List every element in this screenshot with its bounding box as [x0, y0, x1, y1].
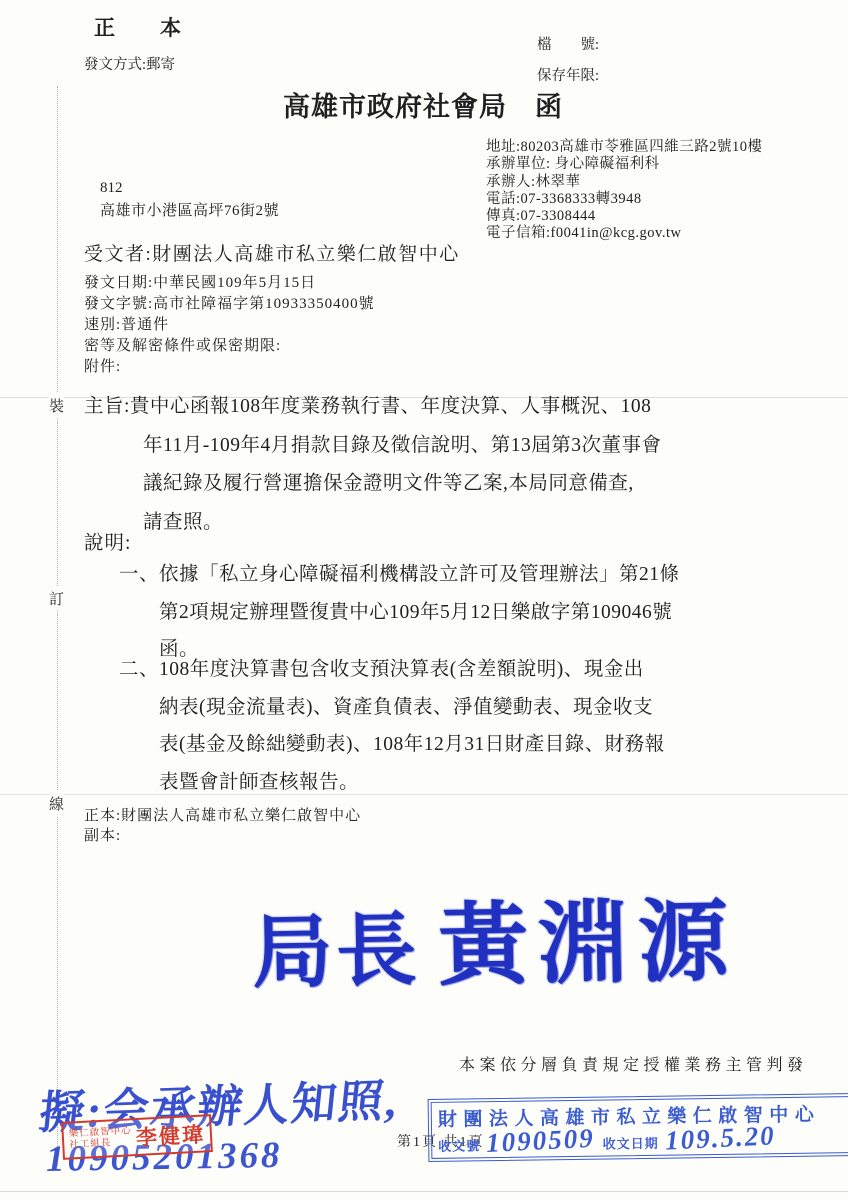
recipient-zip: 812 [100, 180, 123, 197]
subject-block: 主旨:貴中心函報108年度業務執行書、年度決算、人事概況、108 年11月-10… [84, 388, 784, 542]
agency-email: 電子信箱:f0041in@kcg.gov.tw [486, 225, 763, 242]
document-number: 發文字號:高市社障福字第10933350400號 [84, 294, 375, 315]
explanation-label: 說明: [84, 527, 131, 555]
original-copy-line: 正本:財團法人高雄市私立樂仁啟智中心 [84, 806, 361, 826]
received-stamp: 財團法人高雄市私立樂仁啟智中心 收文號 1090509 收文日期 109.5.2… [428, 1093, 848, 1162]
director-title: 局長 [251, 907, 421, 998]
staff-seal-org-role: 樂仁啟智中心 社工組長 [69, 1126, 133, 1151]
file-number-label: 檔 號: [537, 33, 599, 54]
received-number-value: 1090509 [486, 1126, 596, 1155]
explanation-line: 二、108年度決算書包含收支預決算表(含差額說明)、現金出 [119, 651, 799, 689]
agency-fax: 傳真:07-3308444 [486, 208, 763, 225]
explanation-item-2: 二、108年度決算書包含收支預決算表(含差額說明)、現金出 納表(現金流量表)、… [119, 651, 799, 801]
attachment-label: 附件: [84, 357, 375, 378]
document-page: 裝 訂 線 正 本 發文方式:郵寄 檔 號: 保存年限: 高雄市政府社會局 函 … [0, 0, 848, 1200]
issue-date: 發文日期:中華民國109年5月15日 [84, 273, 375, 294]
director-signature-stamp: 局長黃淵源 [251, 868, 739, 1006]
explanation-line: 第2項規定辦理暨復貴中心109年5月12日樂啟字第109046號 [119, 594, 799, 632]
document-meta-block: 發文日期:中華民國109年5月15日 發文字號:高市社障福字第109333504… [84, 273, 375, 378]
copies-block: 正本:財團法人高雄市私立樂仁啟智中心 副本: [84, 806, 361, 846]
received-number-label: 收文號 [438, 1135, 480, 1155]
recipient-address: 高雄市小港區高坪76街2號 [100, 199, 279, 220]
binding-mark-zhuang: 裝 [49, 393, 64, 418]
security-class: 密等及解密條件或保密期限: [84, 336, 375, 357]
subject-line: 年11月-109年4月捐款目錄及徵信說明、第13屆第3次董事會 [84, 427, 784, 466]
subject-line: 議紀錄及履行營運擔保金證明文件等乙案,本局同意備查, [84, 465, 784, 504]
retention-period-label: 保存年限: [537, 64, 599, 85]
subject-line: 主旨:貴中心函報108年度業務執行書、年度決算、人事概況、108 [84, 388, 784, 427]
staff-seal-role: 社工組長 [69, 1137, 133, 1151]
received-date-value: 109.5.20 [664, 1123, 776, 1152]
cc-copy-line: 副本: [84, 826, 361, 846]
delivery-method-label: 發文方式:郵寄 [84, 53, 175, 74]
explanation-line: 表暨會計師查核報告。 [119, 764, 799, 802]
recipient-line: 受文者:財團法人高雄市私立樂仁啟智中心 [84, 239, 460, 266]
agency-address: 地址:80203高雄市苓雅區四維三路2號10樓 [486, 139, 763, 156]
agency-phone: 電話:07-3368333轉3948 [486, 191, 763, 208]
binding-mark-ding: 訂 [49, 586, 64, 611]
agency-contact-person: 承辦人:林翠華 [486, 174, 763, 191]
director-name: 黃淵源 [437, 893, 739, 997]
explanation-line: 表(基金及餘絀變動表)、108年12月31日財產目錄、財務報 [119, 726, 799, 764]
document-title: 高雄市政府社會局 函 [283, 85, 563, 124]
explanation-line: 納表(現金流量表)、資產負債表、淨值變動表、現金收支 [119, 689, 799, 727]
agency-unit: 承辦單位: 身心障礙福利科 [486, 156, 763, 173]
subject-line: 請查照。 [84, 504, 784, 543]
staff-seal: 樂仁啟智中心 社工組長 李健瑋 [61, 1114, 213, 1160]
speed-class: 速別:普通件 [84, 315, 375, 336]
copy-type-label: 正 本 [94, 12, 193, 42]
staff-seal-name: 李健瑋 [135, 1118, 205, 1152]
agency-contact-block: 地址:80203高雄市苓雅區四維三路2號10樓 承辦單位: 身心障礙福利科 承辦… [486, 139, 763, 243]
fold-crease-bottom [0, 1191, 848, 1192]
received-date-label: 收文日期 [603, 1133, 659, 1153]
explanation-line: 一、依據「私立身心障礙福利機構設立許可及管理辦法」第21條 [119, 556, 799, 594]
binding-mark-xian: 線 [49, 791, 64, 816]
binding-dotted-line [57, 86, 58, 1166]
authorization-note: 本案依分層負責規定授權業務主管判發 [459, 1052, 808, 1075]
